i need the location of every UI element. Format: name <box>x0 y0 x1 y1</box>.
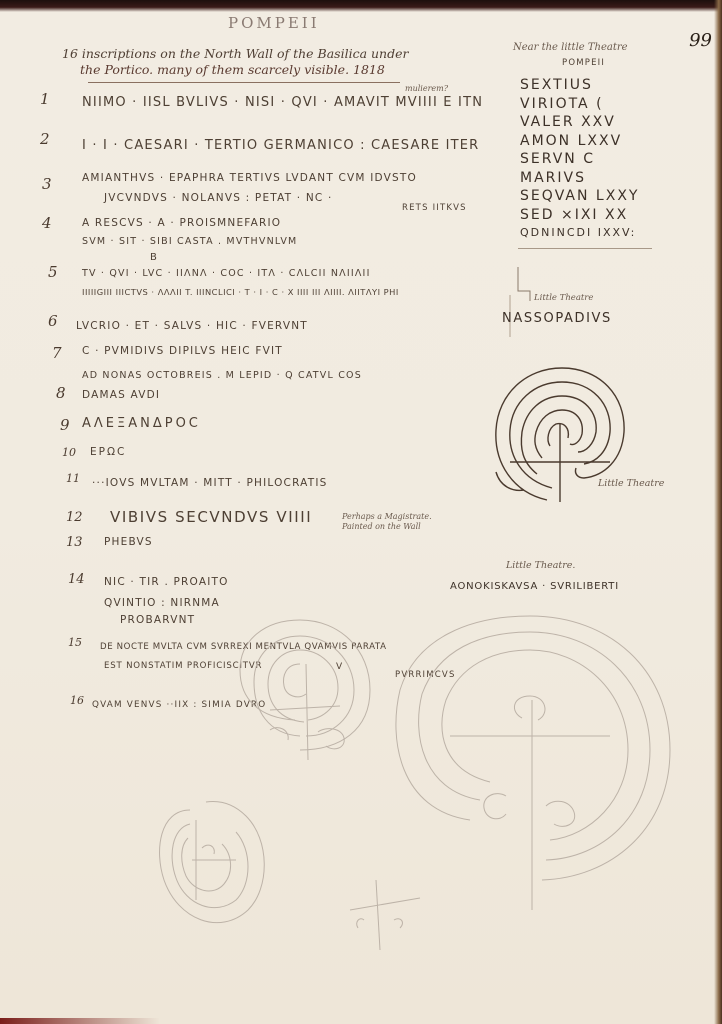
inscription-text: C · PVMIDIVS DIPILVS HEIC FVIT <box>82 345 283 357</box>
pencil-labyrinth-sketches <box>150 610 710 970</box>
theatre-label: Little Theatre. <box>506 560 575 571</box>
name-item: SED ×IXI XX <box>520 206 639 225</box>
inscription-number: 10 <box>62 446 76 459</box>
name-item: SERVN C <box>520 150 639 169</box>
inscription-number: 8 <box>56 384 66 402</box>
theatre-label: Little Theatre <box>534 293 593 303</box>
inscription-number: 1 <box>40 90 50 108</box>
intro-line-2: the Portico. many of them scarcely visib… <box>62 62 408 78</box>
aonokis-inscription: AONOKISKAVSA · SVRILIBERTI <box>450 581 619 592</box>
labyrinth-label: Little Theatre <box>598 478 664 489</box>
intro-note: 16 inscriptions on the North Wall of the… <box>62 46 408 78</box>
intro-underline <box>88 82 400 83</box>
inscription-text: A RESCVS · A · PROISMNEFARIO <box>82 217 281 229</box>
inscription-note: Perhaps a Magistrate. <box>342 512 432 521</box>
inscription-text: I · I · CAESARI · TERTIO GERMANICO : CAE… <box>82 138 479 153</box>
page-top-edge <box>0 0 722 12</box>
page-bottom-edge <box>0 1018 160 1024</box>
inscription-text: QVINTIO : NIRNMA <box>104 597 220 609</box>
inscription-text: AD NONAS OCTOBREIS . M LEPID · Q CATVL C… <box>82 370 362 381</box>
name-list-underline <box>518 248 652 249</box>
inscription-number: 4 <box>42 214 52 232</box>
inscription-text: TV · QVI · LVC · IIΛNΛ · COC · ITΛ · CΛL… <box>82 268 371 279</box>
nassopadius-text: NASSOPADIVS <box>502 311 612 326</box>
inscription-number: 3 <box>42 175 52 193</box>
name-item: VALER XXV <box>520 113 639 132</box>
name-item: VIRIOTA ( <box>520 95 639 114</box>
name-item: SEXTIUS <box>520 76 639 95</box>
inscription-number: 7 <box>52 344 62 362</box>
manuscript-page: POMPEII 99 16 inscriptions on the North … <box>0 0 722 1024</box>
inscription-number: 6 <box>48 312 58 330</box>
inscription-text: LVCRIO · ET · SALVS · HIC · FVERVNT <box>76 320 308 332</box>
inscription-number: 9 <box>60 416 70 434</box>
inscription-number: 12 <box>66 510 83 525</box>
page-number: 99 <box>689 30 712 51</box>
inscription-text: IIIIIGIII IIICTVS · ΛΛΛII T. IIINCLICI ·… <box>82 287 399 297</box>
intro-line-1: 16 inscriptions on the North Wall of the… <box>62 46 408 62</box>
inscription-number: 15 <box>68 636 82 649</box>
inscription-text: ΑΛΕΞΑΝΔΡΟϹ <box>82 416 201 431</box>
inscription-text: ···IOVS MVLTAM · MITT · PHILOCRATIS <box>92 477 328 489</box>
inscription-text: SVM · SIT · SIBI CASTA . MVTHVNLVM <box>82 236 297 247</box>
name-item: QDNINCDI IXXV: <box>520 224 639 243</box>
marginal-note: mulierem? <box>405 84 448 93</box>
name-list: SEXTIUS VIRIOTA ( VALER XXV AMON LXXV SE… <box>520 76 639 243</box>
page-binding-edge <box>714 0 722 1024</box>
name-item: SEQVAN LXXY <box>520 187 639 206</box>
inscription-text: NIIMO · IISL BVLIVS · NISI · QVI · AMAVI… <box>82 95 483 110</box>
inscription-number: 16 <box>70 694 84 707</box>
inscription-text: NIC · TIR . PROAITO <box>104 576 229 588</box>
inscription-text: AMIANTHVS · EPAPHRA TERTIVS LVDANT CVM I… <box>82 172 417 184</box>
name-item: MARIVS <box>520 169 639 188</box>
inscription-note: Painted on the Wall <box>342 522 421 531</box>
inscription-text: JVCVNDVS · NOLANVS : PETAT · NC · <box>104 192 333 204</box>
inscription-number: 14 <box>68 572 85 587</box>
inscription-text: PHEBVS <box>104 536 153 548</box>
inscription-number: 5 <box>48 263 58 281</box>
inscription-marker: B <box>150 252 158 263</box>
inscription-note: RETS IITKVS <box>402 203 467 213</box>
inscription-text: ΕΡΩϹ <box>90 446 126 458</box>
name-item: AMON LXXV <box>520 132 639 151</box>
inscription-text: DAMAS AVDI <box>82 389 160 401</box>
inscription-text: VIBIVS SECVNDVS VIIII <box>110 508 312 526</box>
inscription-number: 13 <box>66 535 83 550</box>
inscription-number: 2 <box>40 130 50 148</box>
inscription-number: 11 <box>66 472 80 485</box>
page-title: POMPEII <box>228 14 320 32</box>
right-heading: Near the little Theatre <box>513 42 628 53</box>
right-subheading: POMPEII <box>562 58 605 68</box>
